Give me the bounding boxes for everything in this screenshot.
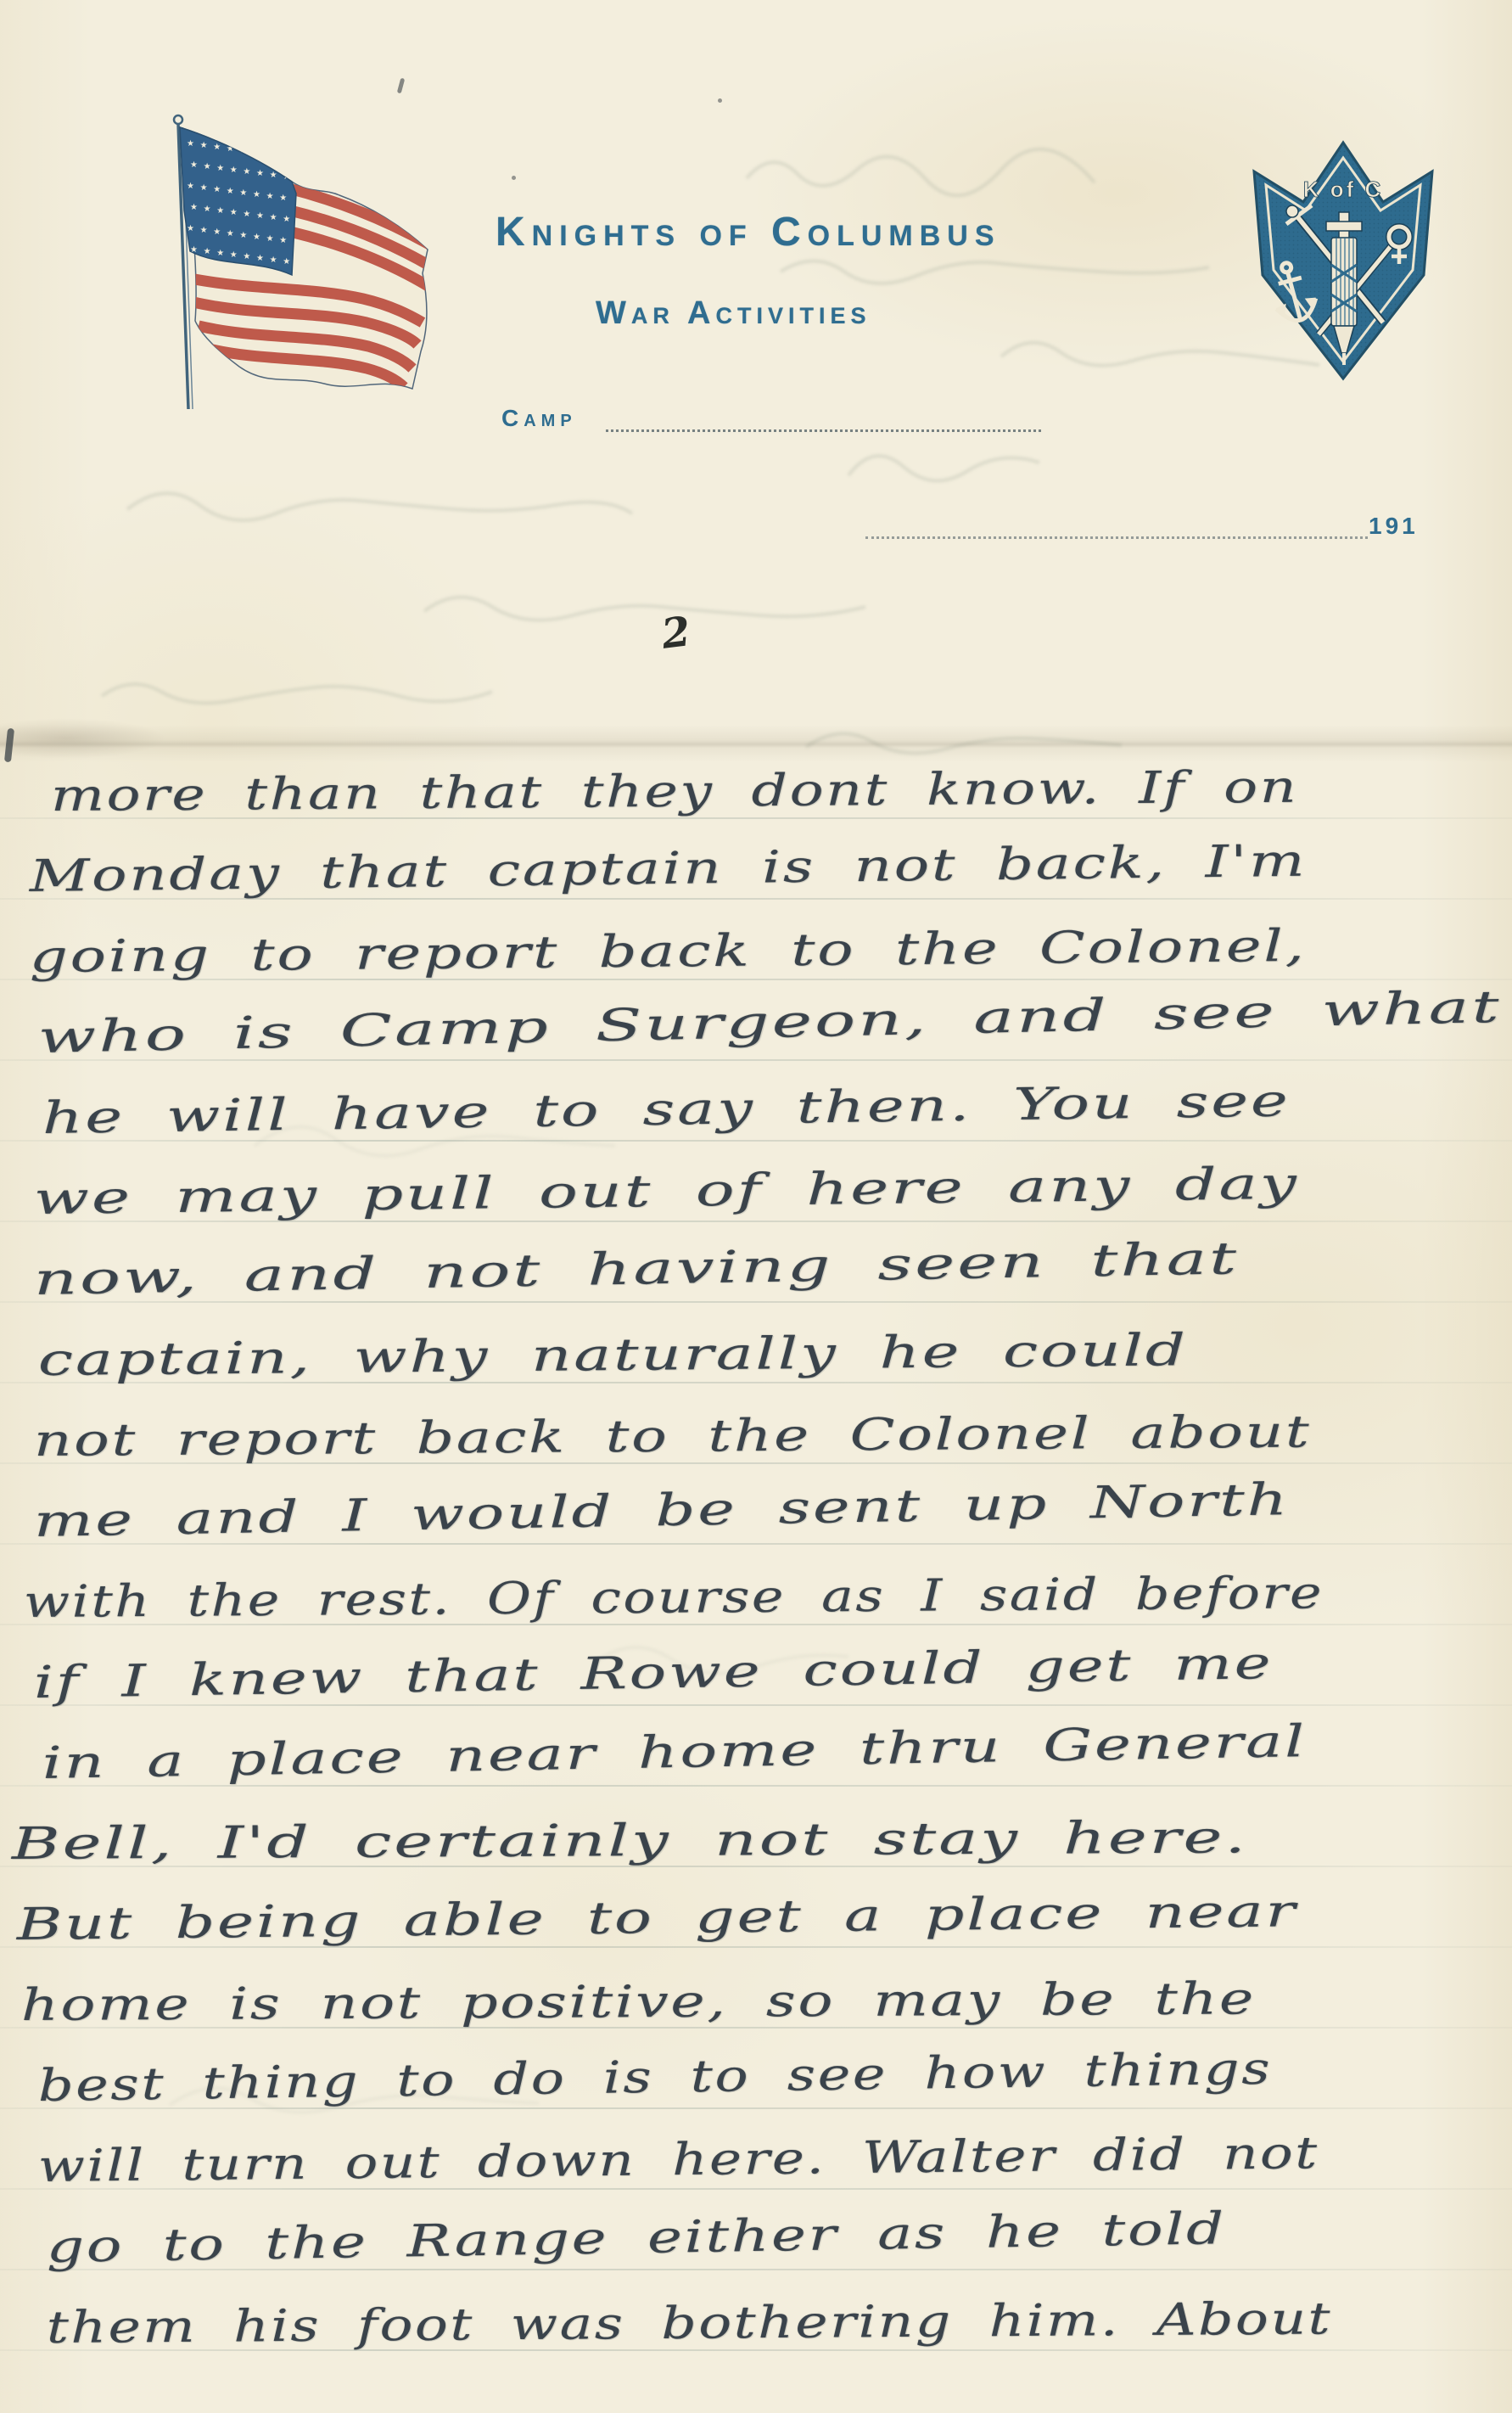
letter-body: more than that they dont know. If onMond… bbox=[0, 0, 1512, 2413]
letter-line: now, and not having seen that bbox=[33, 1233, 1239, 1305]
letter-line: But being able to get a place near bbox=[17, 1886, 1298, 1950]
letter-line: them his foot was bothering him. About bbox=[47, 2293, 1332, 2354]
letter-line: if I knew that Rowe could get me bbox=[33, 1638, 1273, 1709]
letter-line: he will have to say then. You see bbox=[42, 1075, 1290, 1144]
letter-line: who is Camp Surgeon, and see what bbox=[37, 982, 1502, 1063]
letter-line: going to report back to the Colonel, bbox=[30, 921, 1307, 983]
letter-line: we may pull out of here any day bbox=[33, 1159, 1299, 1225]
letter-line: go to the Range either as he told bbox=[46, 2203, 1226, 2273]
letter-line: with the rest. Of course as I said befor… bbox=[24, 1568, 1324, 1628]
letter-line: captain, why naturally he could bbox=[38, 1325, 1188, 1386]
letter-line: home is not positive, so may be the bbox=[21, 1973, 1256, 2031]
letter-line: more than that they dont know. If on bbox=[51, 762, 1299, 822]
letter-line: not report back to the Colonel about bbox=[34, 1406, 1312, 1467]
letter-line: Monday that captain is not back, I'm bbox=[29, 836, 1307, 902]
letter-line: me and I would be sent up North bbox=[33, 1474, 1290, 1547]
letter-line: in a place near home thru General bbox=[42, 1716, 1307, 1789]
letter-line: best thing to do is to see how things bbox=[37, 2044, 1272, 2112]
letter-line: will turn out down here. Walter did not bbox=[38, 2128, 1319, 2192]
letter-line: Bell, I'd certainly not stay here. bbox=[12, 1812, 1248, 1870]
